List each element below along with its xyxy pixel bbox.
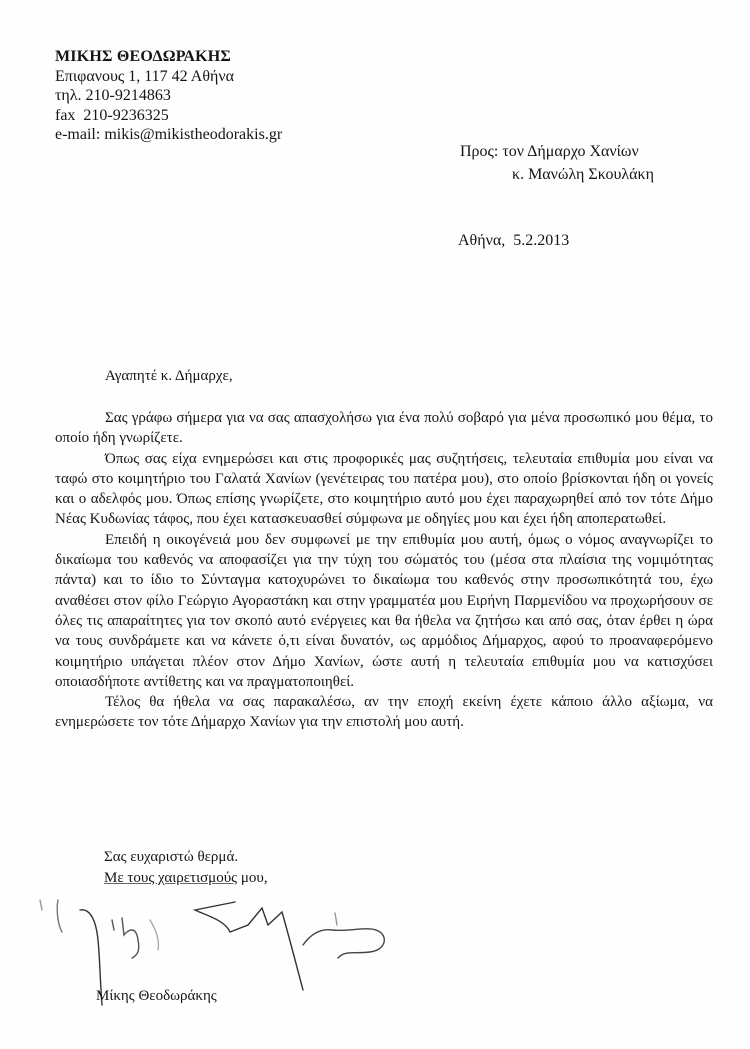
sender-phone: τηλ. 210-9214863 — [55, 86, 282, 106]
paragraph-3: Επειδή η οικογένειά μου δεν συμφωνεί με … — [55, 530, 713, 692]
sender-email: e-mail: mikis@mikistheodorakis.gr — [55, 125, 282, 145]
recipient-line2: κ. Μανώλη Σκουλάκη — [460, 163, 654, 186]
letter-body: Σας γράφω σήμερα για να σας απασχολήσω γ… — [55, 408, 713, 733]
sender-address: Επιφανους 1, 117 42 Αθήνα — [55, 67, 282, 87]
sender-fax: fax 210-9236325 — [55, 106, 282, 126]
sender-name: ΜΙΚΗΣ ΘΕΟΔΩΡΑΚΗΣ — [55, 47, 282, 67]
recipient-line1: Προς: τον Δήμαρχο Χανίων — [460, 140, 654, 163]
sender-block: ΜΙΚΗΣ ΘΕΟΔΩΡΑΚΗΣ Επιφανους 1, 117 42 Αθή… — [55, 47, 282, 145]
greeting: Αγαπητέ κ. Δήμαρχε, — [105, 368, 233, 385]
paragraph-2: Όπως σας είχα ενημερώσει και στις προφορ… — [55, 449, 713, 530]
closing-thanks: Σας ευχαριστώ θερμά. — [104, 847, 238, 867]
recipient-block: Προς: τον Δήμαρχο Χανίων κ. Μανώλη Σκουλ… — [460, 140, 654, 186]
letter-date: Αθήνα, 5.2.2013 — [458, 232, 569, 250]
paragraph-4: Τέλος θα ήθελα να σας παρακαλέσω, αν την… — [55, 692, 713, 733]
paragraph-1: Σας γράφω σήμερα για να σας απασχολήσω γ… — [55, 408, 713, 449]
signature-printed-name: Μίκης Θεοδωράκης — [96, 988, 217, 1005]
letter-page: ΜΙΚΗΣ ΘΕΟΔΩΡΑΚΗΣ Επιφανους 1, 117 42 Αθή… — [0, 0, 750, 1049]
